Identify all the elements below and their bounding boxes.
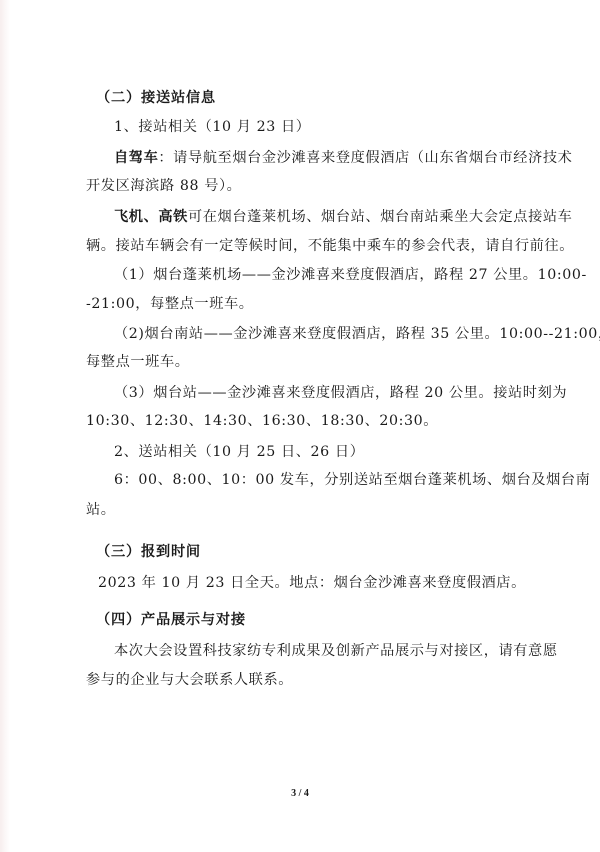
section-heading-checkin: （三）报到时间 xyxy=(96,542,516,562)
self-drive-text: ：请导航至烟台金沙滩喜来登度假酒店（山东省烟台市经济技术 xyxy=(158,150,572,166)
plane-train-label: 飞机、高铁 xyxy=(114,209,188,225)
route-yantai-station-cont: 10:30、12:30、14:30、16:30、18:30、20:30。 xyxy=(86,411,506,431)
route-south-station-cont: 每整点一班车。 xyxy=(86,352,506,372)
route-airport-cont: -21:00，每整点一班车。 xyxy=(86,294,506,314)
dropoff-schedule: 6：00、8:00、10：00 发车，分别送站至烟台蓬莱机场、烟台及烟台南 xyxy=(114,470,534,490)
self-drive-paragraph: 自驾车：请导航至烟台金沙滩喜来登度假酒店（山东省烟台市经济技术 xyxy=(114,148,534,168)
checkin-text: 2023 年 10 月 23 日全天。地点：烟台金沙滩喜来登度假酒店。 xyxy=(98,573,518,593)
section-heading-exhibition: （四）产品展示与对接 xyxy=(96,610,516,630)
route-airport: （1）烟台蓬莱机场——金沙滩喜来登度假酒店，路程 27 公里。10:00- xyxy=(114,265,534,285)
route-yantai-station: （3）烟台站——金沙滩喜来登度假酒店，路程 20 公里。接站时刻为 xyxy=(114,383,534,403)
self-drive-text-cont: 开发区海滨路 88 号）。 xyxy=(86,176,506,196)
subheading-dropoff: 2、送站相关（10 月 25 日、26 日） xyxy=(114,442,534,462)
exhibition-text-cont: 参与的企业与大会联系人联系。 xyxy=(86,670,506,690)
self-drive-label: 自驾车 xyxy=(114,150,158,166)
subheading-pickup: 1、接站相关（10 月 23 日） xyxy=(114,117,534,137)
route-south-station: （2)烟台南站——金沙滩喜来登度假酒店，路程 35 公里。10:00--21:0… xyxy=(114,324,534,344)
dropoff-schedule-cont: 站。 xyxy=(86,500,506,520)
plane-train-text-cont: 辆。接站车辆会有一定等候时间，不能集中乘车的参会代表，请自行前往。 xyxy=(86,236,506,256)
plane-train-paragraph: 飞机、高铁可在烟台蓬莱机场、烟台站、烟台南站乘坐大会定点接站车 xyxy=(114,207,534,227)
section-heading-pickup-info: （二）接送站信息 xyxy=(96,88,516,108)
exhibition-text: 本次大会设置科技家纺专利成果及创新产品展示与对接区，请有意愿 xyxy=(114,641,534,661)
plane-train-text: 可在烟台蓬莱机场、烟台站、烟台南站乘坐大会定点接站车 xyxy=(188,209,572,225)
document-page: （二）接送站信息 1、接站相关（10 月 23 日） 自驾车：请导航至烟台金沙滩… xyxy=(0,0,600,852)
page-number: 3 / 4 xyxy=(0,788,600,799)
